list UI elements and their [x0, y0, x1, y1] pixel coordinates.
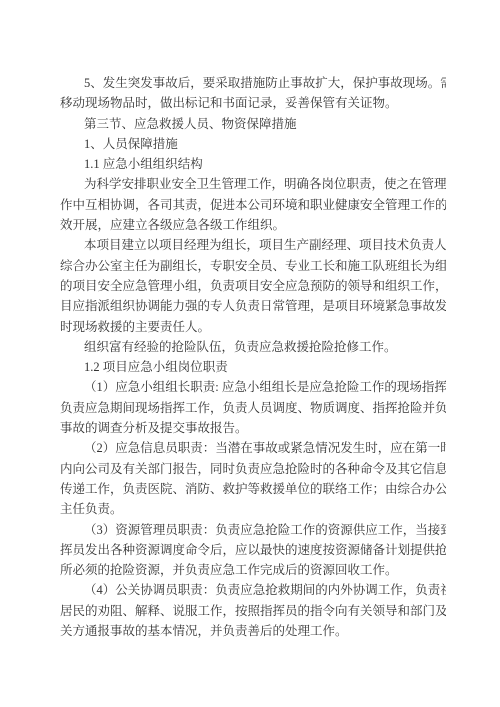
- text-line: 居民的劝阻、解释、说服工作，按照指挥员的指令向有关领导和部门及相: [60, 601, 446, 621]
- text-line: 传递工作，负责医院、消防、救护等救援单位的联络工作；由综合办公室: [60, 479, 446, 499]
- text-line: 1.2 项目应急小组岗位职责: [60, 357, 446, 377]
- text-line: （4）公关协调员职责：负责应急抢救期间的内外协调工作，负责社区: [60, 580, 446, 600]
- text-line: （3）资源管理员职责：负责应急抢险工作的资源供应工作，当接到指: [60, 520, 446, 540]
- document-text-block: 5、发生突发事故后，要采取措施防止事故扩大，保护事故现场。需要移动现场物品时，做…: [60, 73, 446, 641]
- text-line: 的项目安全应急管理小组，负责项目安全应急预防的领导和组织工作，项: [60, 276, 446, 296]
- text-line: 事故的调查分析及提交事故报告。: [60, 418, 446, 438]
- text-line: 本项目建立以项目经理为组长，项目生产副经理、项目技术负责人、: [60, 235, 446, 255]
- text-line: 挥员发出各种资源调度命令后，应以最快的速度按资源储备计划提供抢险: [60, 540, 446, 560]
- text-line: 目应指派组织协调能力强的专人负责日常管理，是项目环境紧急事故发生: [60, 296, 446, 316]
- text-line: 主任负责。: [60, 499, 446, 519]
- text-line: 1.1 应急小组组织结构: [60, 154, 446, 174]
- text-line: 移动现场物品时，做出标记和书面记录，妥善保管有关证物。: [60, 93, 446, 113]
- document-page: 5、发生突发事故后，要采取措施防止事故扩大，保护事故现场。需要移动现场物品时，做…: [0, 0, 500, 707]
- text-line: 第三节、应急救援人员、物资保障措施: [60, 114, 446, 134]
- text-line: 5、发生突发事故后，要采取措施防止事故扩大，保护事故现场。需要: [60, 73, 446, 93]
- text-line: 作中互相协调，各司其责，促进本公司环境和职业健康安全管理工作的有: [60, 195, 446, 215]
- text-line: 负责应急期间现场指挥工作，负责人员调度、物质调度、指挥抢险并负责: [60, 398, 446, 418]
- text-line: 为科学安排职业安全卫生管理工作，明确各岗位职责，使之在管理工: [60, 174, 446, 194]
- text-line: （1）应急小组组长职责: 应急小组组长是应急抢险工作的现场指挥员，: [60, 377, 446, 397]
- text-line: 1、人员保障措施: [60, 134, 446, 154]
- text-line: 组织富有经验的抢险队伍，负责应急救援抢险抢修工作。: [60, 337, 446, 357]
- text-line: 关方通报事故的基本情况，并负责善后的处理工作。: [60, 621, 446, 641]
- text-line: 综合办公室主任为副组长，专职安全员、专业工长和施工队班组长为组员: [60, 256, 446, 276]
- text-line: （2）应急信息员职责：当潜在事故或紧急情况发生时，应在第一时间: [60, 438, 446, 458]
- text-line: 内向公司及有关部门报告，同时负责应急抢险时的各种命令及其它信息的: [60, 459, 446, 479]
- text-line: 时现场救援的主要责任人。: [60, 317, 446, 337]
- text-line: 所必须的抢险资源，并负责应急工作完成后的资源回收工作。: [60, 560, 446, 580]
- text-line: 效开展，应建立各级应急各级工作组织。: [60, 215, 446, 235]
